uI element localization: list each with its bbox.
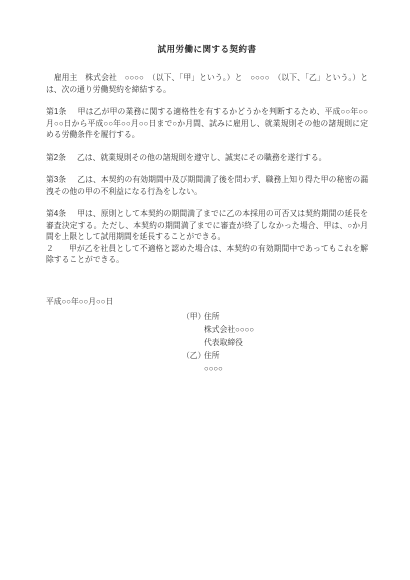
article-4-item-2: ２甲が乙を社員として不適格と認めた場合は、本契約の有効期間中であってもこれを解除…	[46, 243, 368, 266]
article-3: 第3条乙は、本契約の有効期間中及び期間満了後を問わず、職務上知り得た甲の秘密の漏…	[46, 174, 368, 197]
article-3-label: 第3条	[46, 175, 66, 184]
signature-block: （甲） 住所 株式会社○○○○ 代表取締役 （乙） 住所 ○○○○	[182, 310, 368, 375]
signature-otsu-address-label: 住所	[204, 349, 368, 362]
contract-date: 平成○○年○○月○○日	[46, 296, 368, 308]
article-4-label: 第4条	[46, 209, 66, 218]
signature-otsu-lines: 住所 ○○○○	[204, 349, 368, 375]
article-4-text: 甲は、原則として本契約の期間満了までに乙の本採用の可否又は契約期間の延長を審査決…	[46, 209, 368, 241]
article-2-label: 第2条	[46, 153, 66, 162]
preamble-paragraph: 雇用主 株式会社 ○○○○ （以下、「甲」という。）と ○○○○ （以下、「乙」…	[46, 72, 368, 95]
signature-kou-company-name: 株式会社○○○○	[204, 323, 368, 336]
document-title: 試用労働に関する契約書	[46, 43, 368, 55]
article-4-item-2-text: 甲が乙を社員として不適格と認めた場合は、本契約の有効期間中であってもこれを解除す…	[46, 244, 368, 265]
article-1-label: 第1条	[46, 107, 66, 116]
signature-party-otsu: （乙） 住所 ○○○○	[182, 349, 368, 375]
article-2-text: 乙は、就業規則その他の諸規則を遵守し、誠実にその職務を遂行する。	[77, 153, 327, 162]
article-4-item-2-label: ２	[46, 244, 54, 253]
article-1: 第1条甲は乙が甲の業務に関する適格性を有するかどうかを判断するため、平成○○年○…	[46, 106, 368, 141]
article-4: 第4条甲は、原則として本契約の期間満了までに乙の本採用の可否又は契約期間の延長を…	[46, 208, 368, 243]
signature-kou-representative-title: 代表取締役	[204, 336, 368, 349]
signature-kou-lines: 住所 株式会社○○○○ 代表取締役	[204, 310, 368, 349]
signature-otsu-name: ○○○○	[204, 362, 368, 375]
contract-document-page: 試用労働に関する契約書 雇用主 株式会社 ○○○○ （以下、「甲」という。）と …	[0, 0, 410, 580]
article-2: 第2条乙は、就業規則その他の諸規則を遵守し、誠実にその職務を遂行する。	[46, 152, 368, 164]
article-3-text: 乙は、本契約の有効期間中及び期間満了後を問わず、職務上知り得た甲の秘密の漏洩その…	[46, 175, 368, 196]
signature-kou-address-label: 住所	[204, 310, 368, 323]
article-1-text: 甲は乙が甲の業務に関する適格性を有するかどうかを判断するため、平成○○年○○月○…	[46, 107, 368, 139]
signature-otsu-label: （乙）	[182, 349, 204, 362]
signature-party-kou: （甲） 住所 株式会社○○○○ 代表取締役	[182, 310, 368, 349]
signature-kou-label: （甲）	[182, 310, 204, 323]
